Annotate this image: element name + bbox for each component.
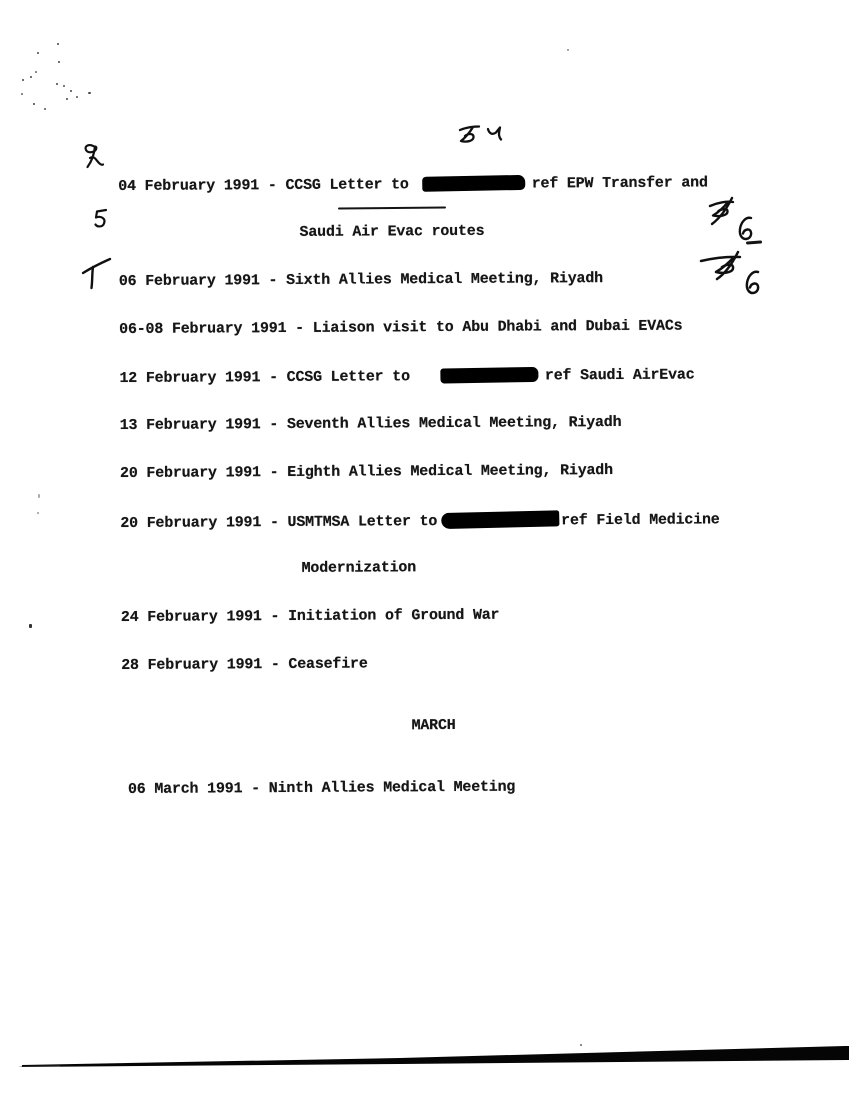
timeline-entry: 24 February 1991 - Initiation of Ground … [121, 606, 821, 626]
scan-speck [66, 98, 68, 100]
timeline-entry: 28 February 1991 - Ceasefire [121, 654, 821, 674]
scan-speck [29, 624, 32, 628]
entry-text: 04 February 1991 - CCSG Letter to [118, 176, 409, 195]
scan-speck [22, 79, 24, 81]
timeline-entry: 06 March 1991 - Ninth Allies Medical Mee… [122, 778, 822, 798]
scan-speck [88, 92, 91, 94]
scan-speck [30, 76, 32, 78]
entry-text: ref Field Medicine [561, 511, 720, 529]
scan-speck [63, 85, 65, 87]
handwritten-mark-S [93, 207, 111, 233]
timeline-entry: 20 February 1991 - Eighth Allies Medical… [120, 462, 820, 482]
entry-text: 13 February 1991 - Seventh Allies Medica… [120, 414, 622, 434]
scan-speck [56, 83, 58, 85]
redaction-bar [441, 367, 539, 384]
scan-speck [57, 43, 59, 45]
handwritten-mark-B6 [704, 196, 762, 252]
scan-speck [37, 512, 39, 514]
scanned-document-page: 04 February 1991 - CCSG Letter toref EPW… [0, 0, 850, 1098]
handwritten-mark-B6-strike [698, 248, 794, 302]
entry-text: 12 February 1991 - CCSG Letter to [119, 368, 410, 387]
scan-speck [70, 90, 72, 92]
timeline-entry: 06-08 February 1991 - Liaison visit to A… [119, 318, 819, 338]
entry-text: Saudi Air Evac routes [299, 223, 484, 241]
section-heading-march: MARCH [122, 716, 822, 736]
entry-text: 24 February 1991 - Initiation of Ground … [121, 607, 500, 626]
scan-speck [567, 49, 569, 51]
scan-speck [58, 61, 60, 63]
timeline-entry: 12 February 1991 - CCSG Letter toref Sau… [119, 366, 819, 386]
handwritten-mark-R [82, 142, 108, 172]
entry-text: 20 February 1991 - Eighth Allies Medical… [120, 462, 613, 482]
entry-text: 06 March 1991 - Ninth Allies Medical Mee… [128, 779, 515, 798]
redaction-bar [423, 175, 526, 192]
timeline-entry-continuation: Modernization [121, 558, 821, 578]
handwritten-mark-B4 [456, 118, 512, 152]
entry-text: ref Saudi AirEvac [545, 366, 695, 384]
redaction-bar [441, 510, 559, 529]
scan-speck [33, 103, 35, 105]
entry-text: 20 February 1991 - USMTMSA Letter to [120, 513, 437, 532]
entry-text: Modernization [302, 559, 417, 577]
timeline-entry: 13 February 1991 - Seventh Allies Medica… [120, 414, 820, 434]
entry-text: ref EPW Transfer and [532, 174, 708, 192]
scan-speck [37, 52, 39, 54]
entry-text: 28 February 1991 - Ceasefire [121, 655, 368, 674]
handwritten-checkmark [78, 254, 114, 292]
entry-text: 06-08 February 1991 - Liaison visit to A… [119, 318, 682, 338]
scan-speck [76, 96, 78, 98]
scan-edge-bar [0, 1040, 850, 1072]
heading-text: MARCH [411, 717, 455, 734]
scan-speck [44, 108, 46, 110]
timeline-entry: 04 February 1991 - CCSG Letter toref EPW… [118, 174, 818, 194]
timeline-entry: 20 February 1991 - USMTMSA Letter toref … [120, 510, 820, 530]
scan-speck [38, 494, 40, 498]
entry-text: 06 February 1991 - Sixth Allies Medical … [119, 270, 603, 290]
scan-speck [21, 93, 23, 95]
scan-speck [35, 71, 37, 73]
